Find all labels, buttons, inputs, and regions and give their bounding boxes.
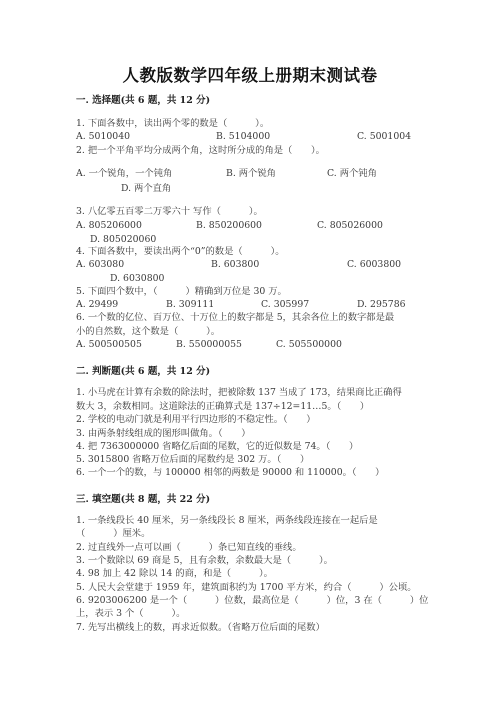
question-text: 3. 八亿零五百零二万零六十 写作（ ）。 bbox=[76, 205, 263, 218]
question-text: 6. 一个一个的数，与 100000 相邻的两数是 90000 和 110000… bbox=[76, 466, 384, 479]
option-d: D. 两个直角 bbox=[121, 182, 171, 195]
question-text: 2. 学校的电动门就是利用平行四边形的不稳定性。（ ） bbox=[76, 413, 316, 426]
question-text: 6. 9203006200 是一个（ ）位数，最高位是（ ）位，3 在（ ）位 bbox=[76, 594, 428, 607]
question-text-cont: （ ）厘米。 bbox=[76, 527, 150, 540]
question-text: 1. 小马虎在计算有余数的除法时，把被除数 137 当成了 173，结果商比正确… bbox=[76, 386, 402, 399]
question-text: 2. 把一个平角平均分成两个角，这时所分成的角是（ ）。 bbox=[76, 144, 325, 157]
question-text-cont: 上，表示 3 个（ ）。 bbox=[76, 607, 185, 620]
question-text: 2. 过直线外一点可以画（ ）条已知直线的垂线。 bbox=[76, 541, 302, 554]
option-b: B. 5104000 bbox=[216, 130, 270, 143]
question-text: 4. 把 7363000000 省略亿后面的尾数，它的近似数是 74。（ ） bbox=[76, 440, 358, 453]
option-a: A. 603080 bbox=[76, 258, 124, 271]
question-text-cont: 小的自然数，这个数是（ ）。 bbox=[76, 325, 220, 338]
section-header-judgment: 二. 判断题(共 6 题，共 12 分) bbox=[76, 363, 210, 377]
page-title: 人教版数学四年级上册期末测试卷 bbox=[0, 62, 500, 86]
question-text: 5. 下面四个数中，（ ）精确到万位是 30 万。 bbox=[76, 285, 287, 298]
question-text: 4. 下面各数中，要读出两个“0”的数是（ ）。 bbox=[76, 245, 285, 258]
question-text: 1. 下面各数中，读出两个零的数是（ ）。 bbox=[76, 117, 269, 130]
question-text: 4. 98 加上 42 除以 14 的商，和是（ ）。 bbox=[76, 567, 273, 580]
option-b: B. 两个锐角 bbox=[226, 167, 276, 180]
option-d: D. 295786 bbox=[357, 298, 406, 311]
option-a: A. 500500505 bbox=[76, 338, 142, 351]
option-a: A. 5010040 bbox=[76, 130, 130, 143]
option-a: A. 805206000 bbox=[76, 219, 142, 232]
question-text-cont: 数大 3，余数相同。这道除法的正确算式是 137÷12=11…5。（ ） bbox=[76, 400, 369, 413]
option-c: C. 5001004 bbox=[357, 130, 411, 143]
section-header-choice: 一. 选择题(共 6 题，共 12 分) bbox=[76, 92, 210, 106]
question-text: 7. 先写出横线上的数，再求近似数。（省略万位后面的尾数） bbox=[76, 621, 325, 634]
option-c: C. 两个钝角 bbox=[327, 167, 377, 180]
option-a: A. 29499 bbox=[76, 298, 118, 311]
option-b: B. 603800 bbox=[211, 258, 259, 271]
question-text: 5. 3015800 省略万位后面的尾数约是 302 万。（ ） bbox=[76, 453, 309, 466]
option-c: C. 305997 bbox=[261, 298, 309, 311]
option-c: C. 6003800 bbox=[347, 258, 401, 271]
question-text: 1. 一条线段长 40 厘米，另一条线段长 8 厘米，两条线段连接在一起后是 bbox=[76, 514, 378, 527]
option-c: C. 805026000 bbox=[317, 219, 383, 232]
option-a: A. 一个锐角，一个钝角 bbox=[76, 167, 172, 180]
question-text: 6. 一个数的亿位、百万位、十万位上的数字都是 5，其余各位上的数字都是最 bbox=[76, 311, 394, 324]
option-d: D. 6030800 bbox=[110, 272, 164, 285]
question-text: 3. 一个数除以 69 商是 5，且有余数，余数最大是（ ）。 bbox=[76, 554, 333, 567]
option-b: B. 850200600 bbox=[196, 219, 262, 232]
option-b: B. 550000055 bbox=[176, 338, 242, 351]
question-text: 5. 人民大会堂建于 1959 年，建筑面积约为 1700 平方米，约合（ ）公… bbox=[76, 581, 417, 594]
section-header-fill-blank: 三. 填空题(共 8 题，共 22 分) bbox=[76, 491, 210, 505]
question-text: 3. 由两条射线组成的图形叫做角。（ ） bbox=[76, 427, 251, 440]
option-c: C. 505500000 bbox=[276, 338, 342, 351]
option-b: B. 309111 bbox=[166, 298, 214, 311]
